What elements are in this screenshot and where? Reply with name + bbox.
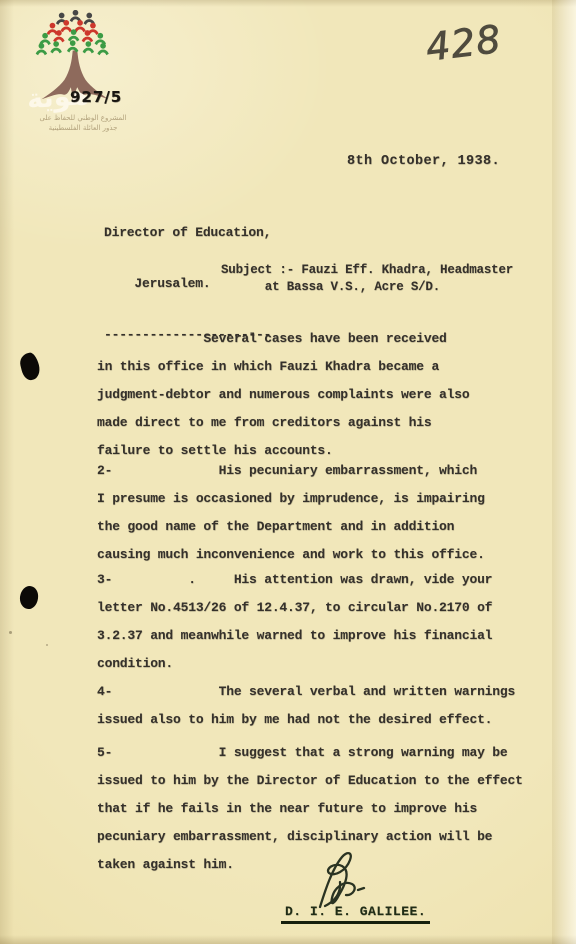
paper-speck <box>46 644 48 646</box>
signature-scribble <box>292 849 387 911</box>
tree-canopy-figures <box>36 10 109 55</box>
subject-line: Subject :- Fauzi Eff. Khadra, Headmaster… <box>221 262 513 295</box>
letter-date: 8th October, 1938. <box>347 148 500 176</box>
paragraph-3: 3- . His attention was drawn, vide your … <box>97 566 492 678</box>
logo-caption: المشروع الوطني للحفاظ على جذور العائلة ا… <box>22 113 144 133</box>
paragraph-1: Several cases have been received in this… <box>97 325 469 465</box>
letter-page: هوية 927/5 المشروع الوطني للحفاظ على جذو… <box>0 0 576 944</box>
paragraph-4: 4- The several verbal and written warnin… <box>97 678 515 734</box>
ink-blot-upper <box>18 351 42 382</box>
paragraph-2: 2- His pecuniary embarrassment, which I … <box>97 457 485 569</box>
paper-speck <box>9 631 12 634</box>
handwritten-archive-number: 428 <box>416 14 516 74</box>
ink-blot-lower <box>18 585 39 610</box>
signature-typed-name: D. I. E. GALILEE. <box>281 904 430 924</box>
recipient-line1: Director of Education, <box>104 224 271 241</box>
archive-number-text: 428 <box>423 17 503 70</box>
paper-right-edge <box>552 0 576 944</box>
file-number-stamp: 927/5 <box>70 88 122 106</box>
logo-caption-line2: جذور العائلة الفلسطينية <box>22 123 144 133</box>
logo-caption-line1: المشروع الوطني للحفاظ على <box>22 113 144 123</box>
